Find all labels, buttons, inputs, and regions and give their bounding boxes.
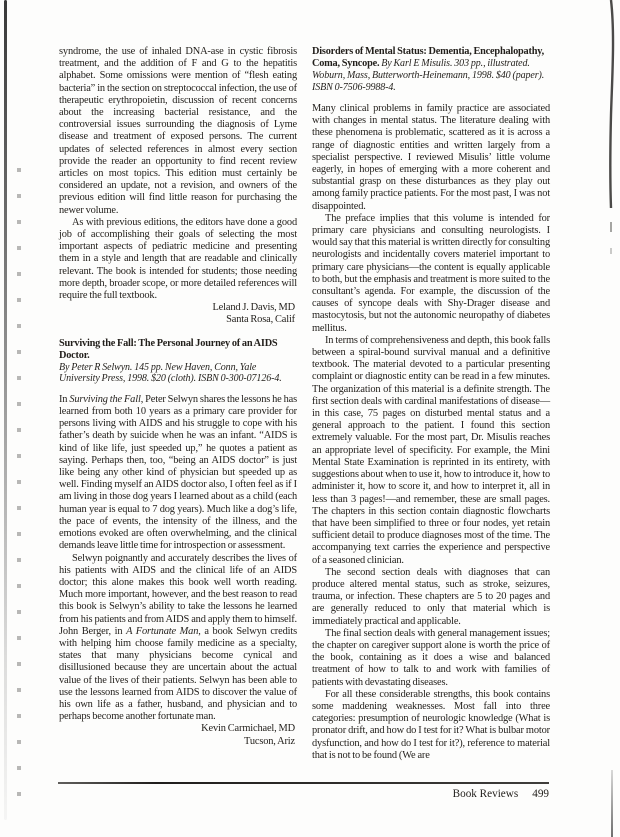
reviewer-signature-name: Kevin Carmichael, MD [59, 723, 295, 735]
reviewer-signature-name: Leland J. Davis, MD [59, 302, 295, 314]
review-heading-surviving: Surviving the Fall: The Personal Journey… [59, 338, 297, 385]
paragraph-surviving-1: In Surviving the Fall, Peter Selwyn shar… [59, 394, 297, 553]
page-right-edge-line [611, 770, 613, 837]
book-title-italic: Surviving the Fall [69, 394, 140, 405]
paragraph-pediatric-final: As with previous editions, the editors h… [59, 217, 297, 302]
paragraph-disorders-5: The final section deals with general man… [312, 628, 550, 689]
footer-rule [58, 782, 549, 784]
page-curl-mark [601, 0, 619, 260]
reviewer-signature-place: Santa Rosa, Calif [59, 314, 295, 326]
paragraph-disorders-3: In terms of comprehensiveness and depth,… [312, 335, 550, 567]
text-run: In [59, 394, 69, 405]
paragraph-surviving-2: Selwyn poignantly and accurately describ… [59, 553, 297, 724]
paragraph-disorders-4: The second section deals with diagnoses … [312, 567, 550, 628]
paragraph-disorders-1: Many clinical problems in family practic… [312, 103, 550, 213]
right-column: Disorders of Mental Status: Dementia, En… [312, 46, 550, 762]
footer-page-number: 499 [532, 788, 549, 800]
paragraph-pediatric-continuation: syndrome, the use of inhaled DNA-ase in … [59, 46, 297, 217]
paragraph-disorders-2: The preface implies that this volume is … [312, 213, 550, 335]
reviewer-signature-place: Tucson, Ariz [59, 736, 295, 748]
paragraph-disorders-6: For all these considerable strengths, th… [312, 689, 550, 762]
scanned-journal-page: syndrome, the use of inhaled DNA-ase in … [0, 0, 620, 837]
left-column: syndrome, the use of inhaled DNA-ase in … [59, 46, 297, 748]
footer-section-label: Book Reviews [453, 788, 519, 800]
footer: Book Reviews499 [58, 788, 549, 800]
text-run: Selwyn poignantly and accurately describ… [59, 553, 297, 637]
review-heading-disorders: Disorders of Mental Status: Dementia, En… [312, 46, 550, 94]
adjacent-page-text-fragments [17, 168, 21, 808]
review-citation: By Peter R Selwyn. 145 pp. New Haven, Co… [59, 362, 297, 385]
book-title-italic: A Fortunate Man [126, 626, 198, 637]
page-binding-edge-line [4, 0, 7, 820]
review-title: Surviving the Fall: The Personal Journey… [59, 338, 297, 362]
text-run: , a book Selwyn credits with helping him… [59, 626, 297, 722]
text-run: , Peter Selwyn shares the lessons he has… [59, 394, 297, 551]
